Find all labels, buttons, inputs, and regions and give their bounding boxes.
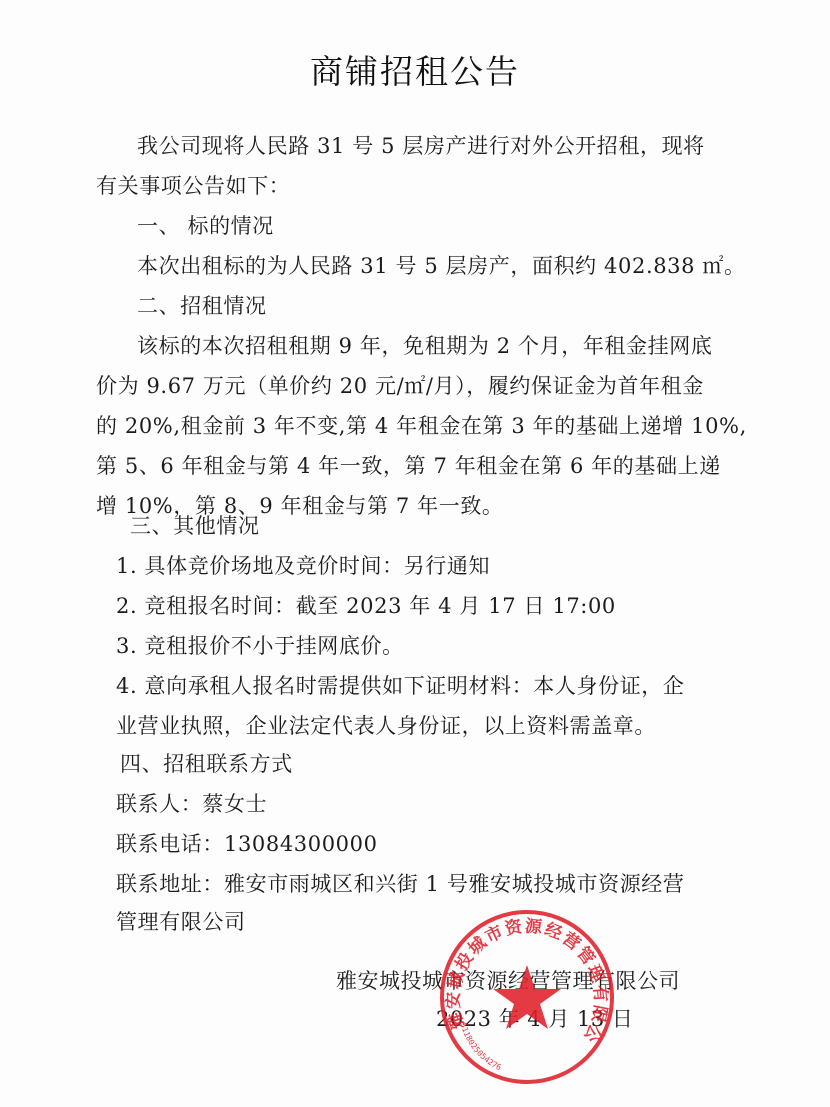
- document-page: 商铺招租公告 我公司现将人民路 31 号 5 层房产进行对外公开招租，现将 有关…: [0, 0, 830, 1107]
- document-title: 商铺招租公告: [0, 46, 830, 93]
- section-1-heading: 一、 标的情况: [137, 210, 274, 240]
- seal-star-icon: [493, 965, 561, 1029]
- seal-code-text: 5118025054276: [458, 1022, 502, 1073]
- section-2-line-3: 的 20%,租金前 3 年不变,第 4 年租金在第 3 年的基础上递增 10%,: [96, 410, 747, 440]
- official-seal-stamp: 雅安城投城市资源经营管理有限公司 5118025054276: [437, 907, 617, 1087]
- contact-phone: 联系电话：13084300000: [116, 828, 378, 858]
- contact-address-line-1: 联系地址：雅安市雨城区和兴街 1 号雅安城投城市资源经营: [116, 868, 685, 898]
- section-2-line-1: 该标的本次招租租期 9 年，免租期为 2 个月，年租金挂网底: [137, 330, 712, 360]
- section-4-heading: 四、招租联系方式: [120, 748, 293, 778]
- section-3-heading: 三、其他情况: [130, 510, 260, 540]
- contact-person: 联系人：蔡女士: [116, 788, 267, 818]
- section-2-heading: 二、招租情况: [137, 290, 267, 320]
- section-2-line-2: 价为 9.67 万元（单价约 20 元/㎡/月），履约保证金为首年租金: [96, 370, 704, 400]
- section-3-line-2: 2. 竞租报名时间：截至 2023 年 4 月 17 日 17:00: [116, 590, 616, 620]
- section-1-line-1: 本次出租标的为人民路 31 号 5 层房产，面积约 402.838 ㎡。: [137, 250, 746, 280]
- section-3-line-1: 1. 具体竞价场地及竞价时间：另行通知: [116, 550, 490, 580]
- contact-address-line-2: 管理有限公司: [116, 906, 246, 936]
- section-3-line-3: 3. 竞租报价不小于挂网底价。: [116, 630, 404, 660]
- intro-line-2: 有关事项公告如下：: [96, 170, 290, 200]
- section-3-line-5: 业营业执照，企业法定代表人身份证，以上资料需盖章。: [116, 710, 656, 740]
- section-2-line-4: 第 5、6 年租金与第 4 年一致，第 7 年租金在第 6 年的基础上递: [96, 450, 721, 480]
- intro-line-1: 我公司现将人民路 31 号 5 层房产进行对外公开招租，现将: [137, 130, 705, 160]
- section-3-line-4: 4. 意向承租人报名时需提供如下证明材料：本人身份证，企: [116, 670, 685, 700]
